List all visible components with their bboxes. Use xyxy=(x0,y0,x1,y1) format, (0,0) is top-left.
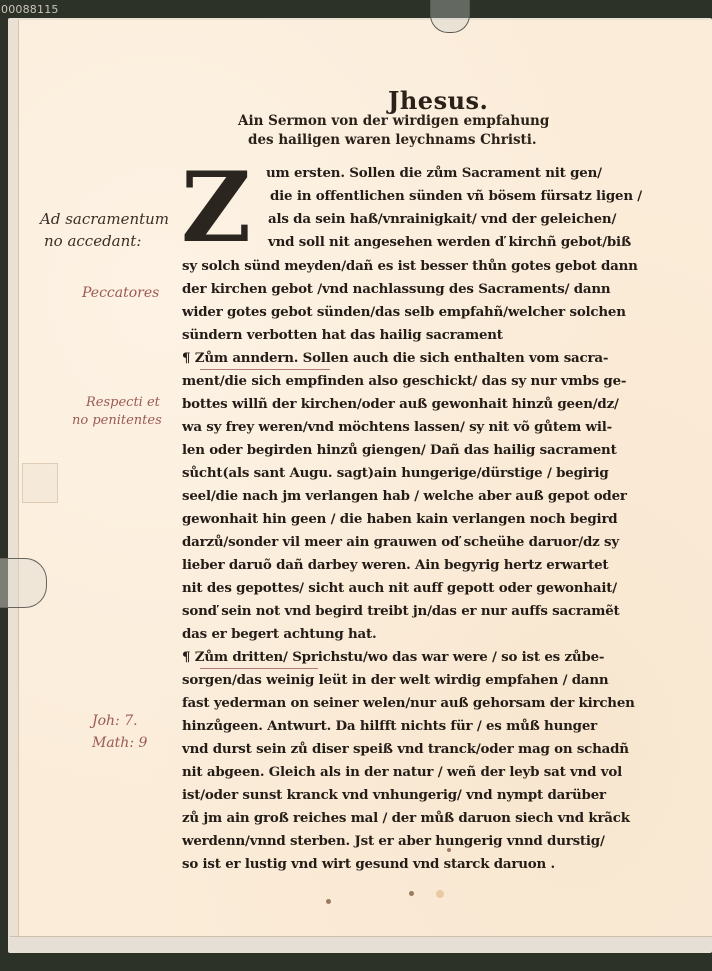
marginal-note-line: Joh: 7. xyxy=(92,710,147,732)
subtitle-line: des hailigen waren leychnams Christi. xyxy=(238,131,658,150)
body-line: len oder begirden hinzů giengen/ Dañ das… xyxy=(182,442,617,458)
body-line: fast yederman on seiner welen/nur auß ge… xyxy=(182,695,635,711)
body-line: zů jm ain groß reiches mal / der můß dar… xyxy=(182,810,630,826)
marginal-note-line: no penitentes xyxy=(72,412,162,430)
body-line: seel/die nach jm verlangen hab / welche … xyxy=(182,488,627,504)
body-line: werdenn/vnnd sterben. Jst er aber hunger… xyxy=(182,833,605,849)
body-line: lieber daruõ dañ darbey weren. Ain begyr… xyxy=(182,557,608,573)
section-three-heading-line: ¶ Zům dritten/ Sprichstu/wo das war were… xyxy=(182,649,604,665)
body-line: darzů/sonder vil meer ain grauwen oď sch… xyxy=(182,534,619,550)
body-line: vnd durst sein zů diser speiß vnd tranck… xyxy=(182,741,629,757)
marginal-note-ad-sacramentum: Ad sacramentum no accedant: xyxy=(40,208,169,252)
body-line: ment/die sich empfinden also geschickt/ … xyxy=(182,373,626,389)
section-three-underline xyxy=(200,668,318,669)
marginal-note-scripture-ref: Joh: 7. Math: 9 xyxy=(92,710,147,754)
body-line: nit des gepottes/ sicht auch nit auff ge… xyxy=(182,580,617,596)
decorated-initial-letter: Z xyxy=(180,162,252,254)
body-line: nit abgeen. Gleich als in der natur / we… xyxy=(182,764,622,780)
body-line: sonď sein not vnd begird treibt jn/das e… xyxy=(182,603,620,619)
left-clip-icon xyxy=(0,558,47,608)
marginal-note-line: Peccatores xyxy=(82,282,159,304)
body-line: wa sy frey weren/vnd möchtens lassen/ sy… xyxy=(182,419,612,435)
marginal-note-respecti: Respecti et no penitentes xyxy=(72,394,162,430)
body-line: sy solch sünd meyden/dañ es ist besser t… xyxy=(182,258,638,274)
marginal-note-line: Math: 9 xyxy=(92,732,147,754)
paper-stain xyxy=(326,899,331,904)
body-line: als da sein haß/vnrainigkait/ vnd der ge… xyxy=(268,211,616,227)
tape-mark xyxy=(22,463,58,503)
paper-stain xyxy=(436,890,444,898)
section-two-underline xyxy=(200,369,330,370)
body-line: sůcht(als sant Augu. sagt)ain hungerige/… xyxy=(182,465,609,481)
section-two-heading-line: ¶ Zům anndern. Sollen auch die sich enth… xyxy=(182,350,608,366)
body-line: vnd soll nit angesehen werden ď kirchñ g… xyxy=(268,234,631,250)
top-clip-icon xyxy=(430,0,470,33)
sermon-subtitle: Ain Sermon von der wirdigen empfahung de… xyxy=(238,112,658,150)
body-line: so ist er lustig vnd wirt gesund vnd sta… xyxy=(182,856,555,872)
body-line: hinzůgeen. Antwurt. Da hilfft nichts für… xyxy=(182,718,597,734)
body-line: sündern verbotten hat das hailig sacrame… xyxy=(182,327,503,343)
subtitle-line: Ain Sermon von der wirdigen empfahung xyxy=(238,112,658,131)
marginal-note-line: Ad sacramentum xyxy=(40,208,169,230)
marginal-note-line: no accedant: xyxy=(40,230,169,252)
scan-id-label: 00088115 xyxy=(1,3,59,16)
body-line: um ersten. Sollen die zům Sacrament nit … xyxy=(266,165,602,181)
body-line: bottes willñ der kirchen/oder auß gewonh… xyxy=(182,396,619,412)
body-line: gewonhait hin geen / die haben kain verl… xyxy=(182,511,617,527)
body-line: ist/oder sunst kranck vnd vnhungerig/ vn… xyxy=(182,787,606,803)
page-edge xyxy=(10,936,712,951)
body-line: das er begert achtung hat. xyxy=(182,626,376,642)
marginal-note-line: Respecti et xyxy=(72,394,162,412)
paper-stain xyxy=(409,891,414,896)
body-line: der kirchen gebot /vnd nachlassung des S… xyxy=(182,281,610,297)
body-line: wider gotes gebot sünden/das selb empfah… xyxy=(182,304,626,320)
body-line: die in offentlichen sünden vñ bösem fürs… xyxy=(270,188,642,204)
marginal-note-peccatores: Peccatores xyxy=(82,282,159,304)
body-line: sorgen/das weinig leüt in der welt wirdi… xyxy=(182,672,608,688)
paper-stain xyxy=(447,848,451,852)
page-title: Jhesus. xyxy=(388,86,488,115)
